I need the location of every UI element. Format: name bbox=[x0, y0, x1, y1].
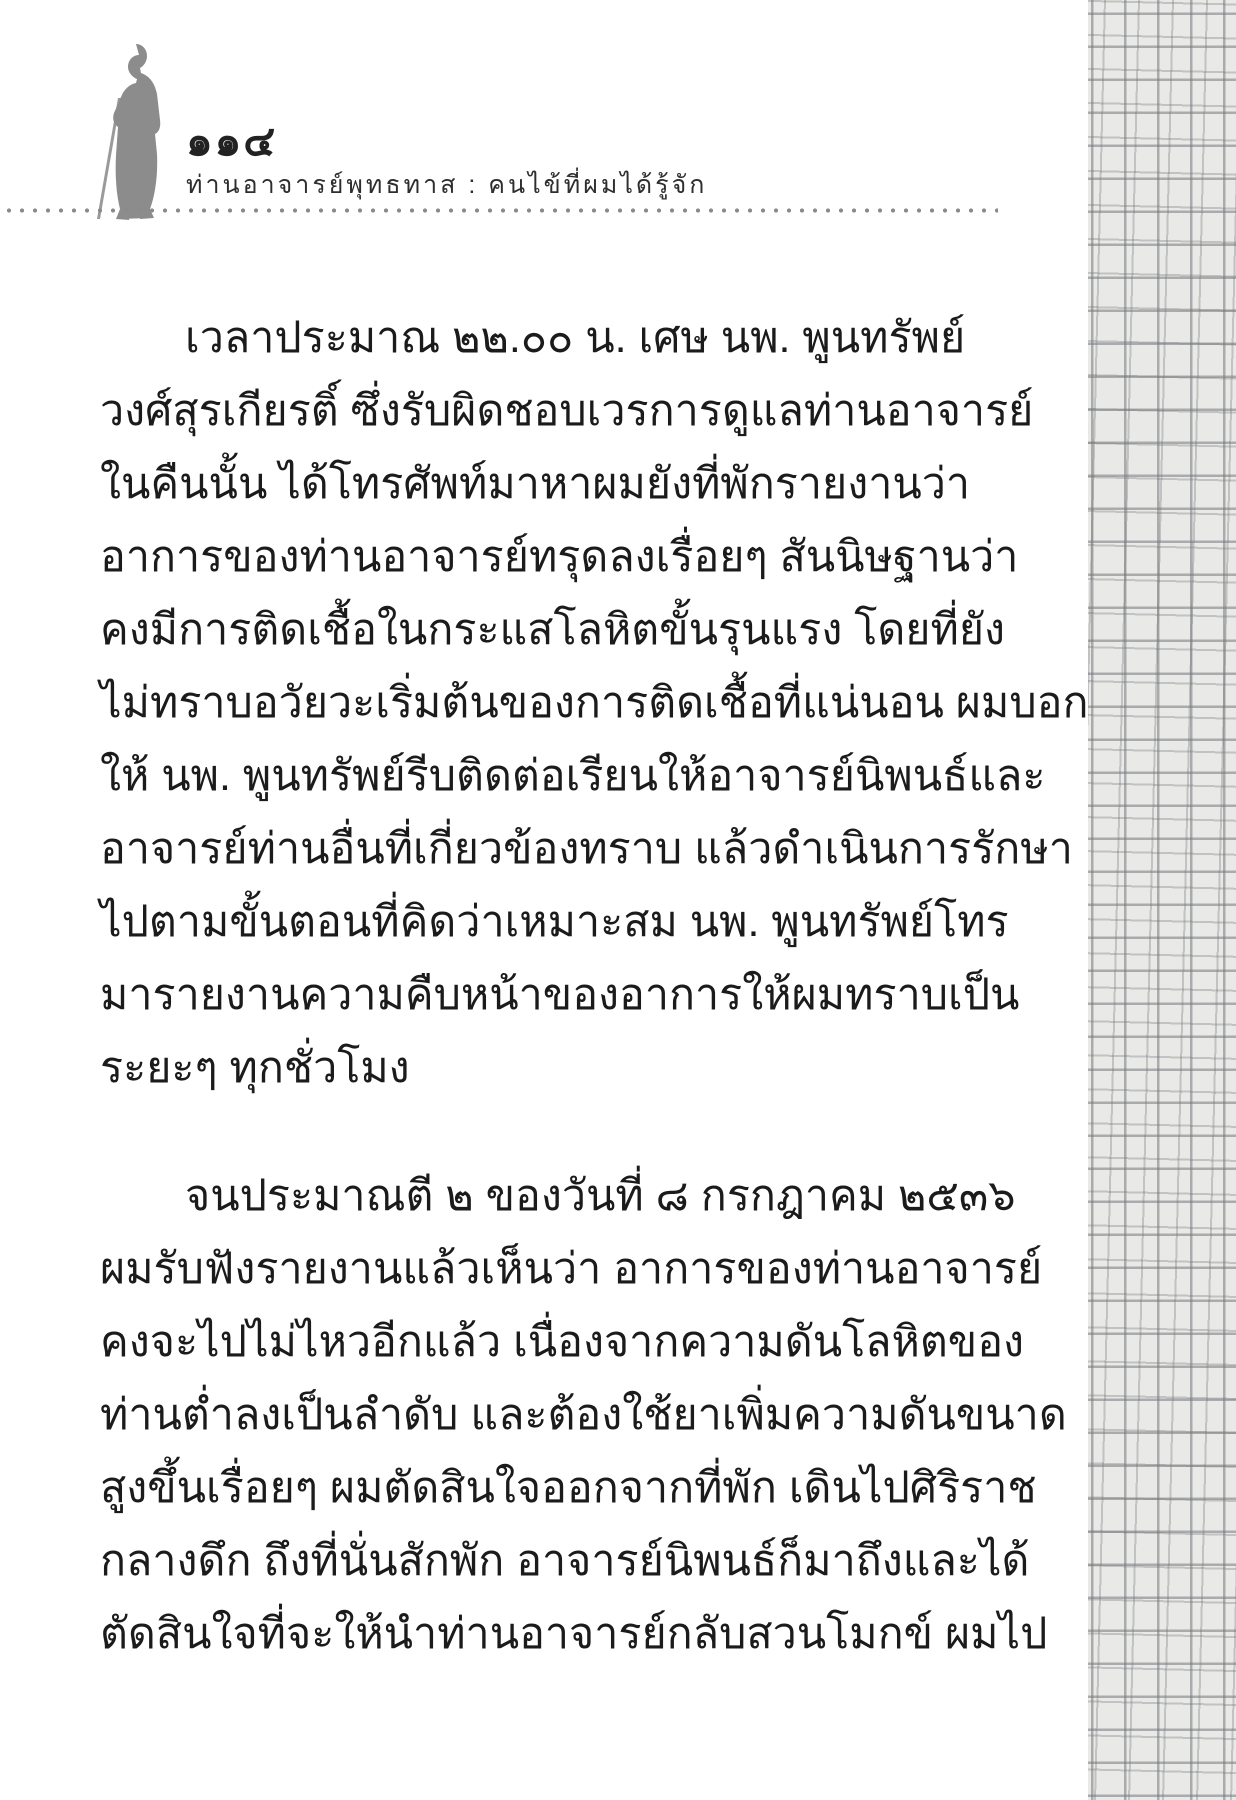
text-line: อาจารย์ท่านอื่นที่เกี่ยวข้องทราบ แล้วดำเ… bbox=[100, 813, 992, 886]
text-line: คงมีการติดเชื้อในกระแสโลหิตขั้นรุนแรง โด… bbox=[100, 594, 992, 667]
text-line: มารายงานความคืบหน้าของอาการให้ผมทราบเป็น bbox=[100, 959, 992, 1032]
dotted-divider bbox=[6, 207, 998, 214]
text-line: ให้ นพ. พูนทรัพย์รีบติดต่อเรียนให้อาจารย… bbox=[100, 740, 992, 813]
text-line: ในคืนนั้น ได้โทรศัพท์มาหาผมยังที่พักรายง… bbox=[100, 448, 992, 521]
text-line: ท่านต่ำลงเป็นลำดับ และต้องใช้ยาเพิ่มความ… bbox=[100, 1379, 992, 1452]
text-line: อาการของท่านอาจารย์ทรุดลงเรื่อยๆ สันนิษฐ… bbox=[100, 521, 992, 594]
text-line: กลางดึก ถึงที่นั่นสักพัก อาจารย์นิพนธ์ก็… bbox=[100, 1525, 992, 1598]
running-title: ท่านอาจารย์พุทธทาส : คนไข้ที่ผมได้รู้จัก bbox=[186, 165, 707, 205]
text-line: ไปตามขั้นตอนที่คิดว่าเหมาะสม นพ. พูนทรัพ… bbox=[100, 886, 992, 959]
text-line: คงจะไปไม่ไหวอีกแล้ว เนื่องจากความดันโลหิ… bbox=[100, 1306, 992, 1379]
text-line: วงศ์สุรเกียรติ์ ซึ่งรับผิดชอบเวรการดูแลท… bbox=[100, 375, 992, 448]
paragraph-1: เวลาประมาณ ๒๒.๐๐ น. เศษ นพ. พูนทรัพย์ วง… bbox=[100, 302, 992, 1105]
text-line: ตัดสินใจที่จะให้นำท่านอาจารย์กลับสวนโมกข… bbox=[100, 1598, 992, 1671]
text-line: จนประมาณตี ๒ ของวันที่ ๘ กรกฎาคม ๒๕๓๖ bbox=[100, 1160, 992, 1233]
text-line: ระยะๆ ทุกชั่วโมง bbox=[100, 1032, 992, 1105]
page-body: เวลาประมาณ ๒๒.๐๐ น. เศษ นพ. พูนทรัพย์ วง… bbox=[100, 302, 992, 1671]
text-line: ผมรับฟังรายงานแล้วเห็นว่า อาการของท่านอา… bbox=[100, 1233, 992, 1306]
text-line: ไม่ทราบอวัยวะเริ่มต้นของการติดเชื้อที่แน… bbox=[100, 667, 992, 740]
text-line: เวลาประมาณ ๒๒.๐๐ น. เศษ นพ. พูนทรัพย์ bbox=[100, 302, 992, 375]
text-line: สูงขึ้นเรื่อยๆ ผมตัดสินใจออกจากที่พัก เด… bbox=[100, 1452, 992, 1525]
monk-with-staff-icon bbox=[84, 40, 180, 220]
monk-silhouette-figure bbox=[84, 40, 180, 220]
paragraph-gap bbox=[100, 1105, 992, 1160]
side-grid-pattern bbox=[1088, 0, 1236, 1800]
paragraph-2: จนประมาณตี ๒ ของวันที่ ๘ กรกฎาคม ๒๕๓๖ ผม… bbox=[100, 1160, 992, 1671]
